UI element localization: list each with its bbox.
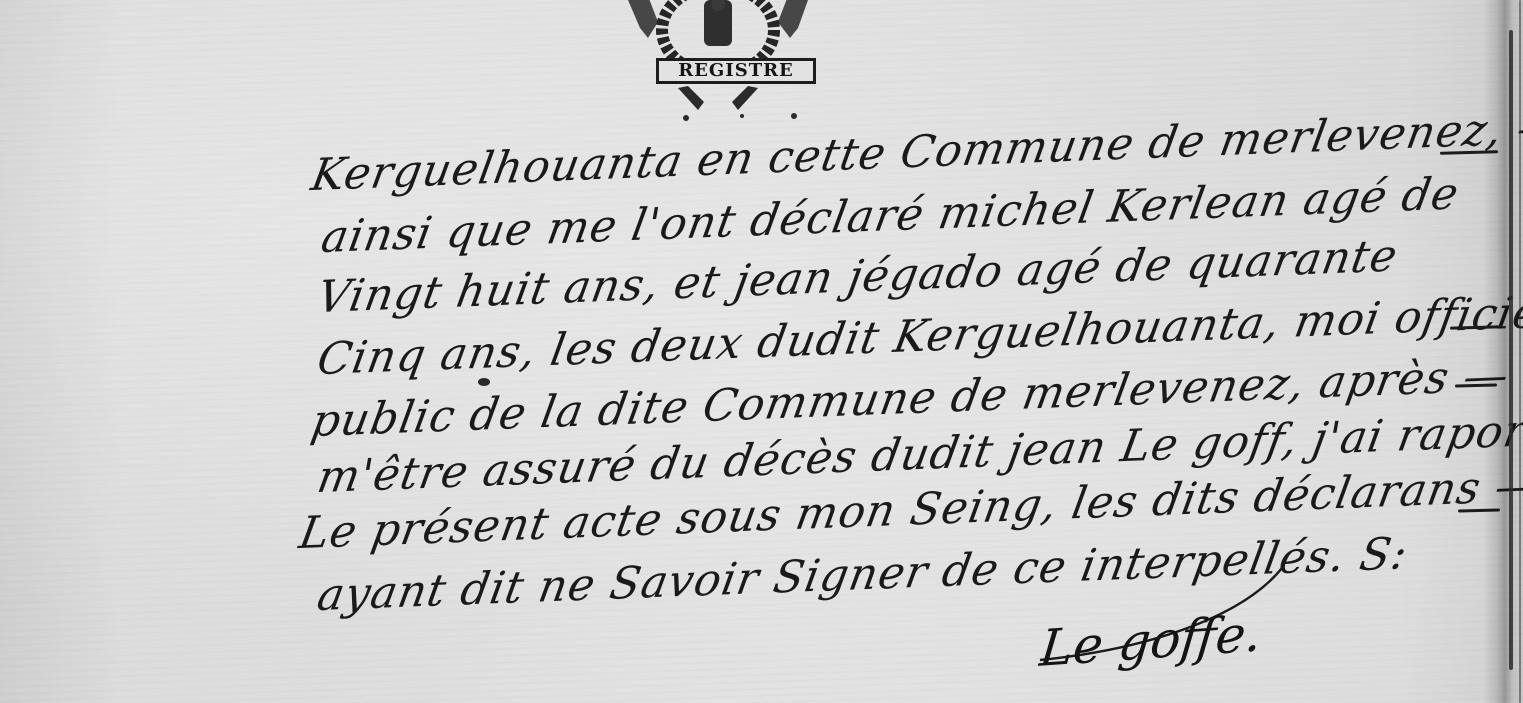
ink-blot — [478, 378, 490, 386]
binding-line — [1519, 0, 1521, 703]
binding-line — [1509, 30, 1513, 670]
page-binding-edge — [1483, 0, 1523, 703]
register-page: REGISTRE Kerguelhouanta en cette Commune… — [0, 0, 1523, 703]
handwritten-text: Kerguelhouanta en cette Commune de merle… — [0, 0, 1523, 703]
